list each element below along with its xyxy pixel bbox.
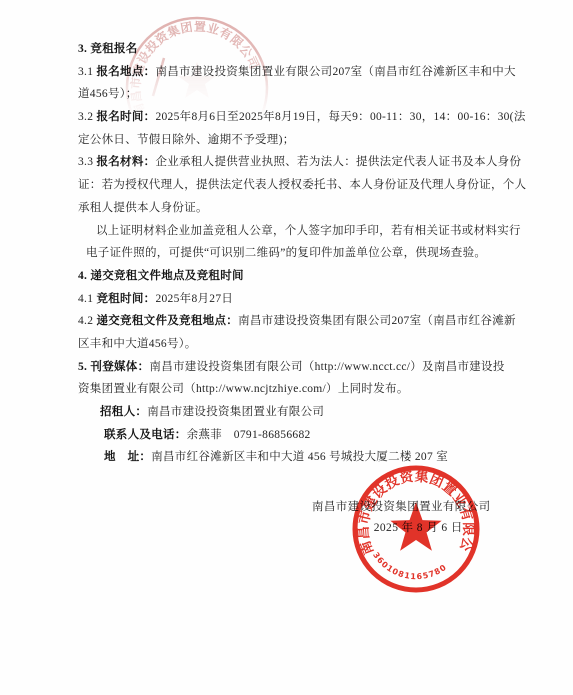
doc-text-part: 证：若为授权代理人，提供法定代表人授权委托书、本人身份证及代理人身份证，个人 — [78, 179, 526, 191]
doc-line: 3.3 报名材料：企业承租人提供营业执照、若为法人：提供法定代表人证书及本人身份 — [78, 151, 518, 174]
doc-text-part: 南昌市建设投资集团有限公司207室（南昌市红谷滩新 — [238, 315, 516, 327]
seal-number-text: 3601081165780 — [371, 551, 448, 582]
doc-line: 3.1 报名地点：南昌市建设投资集团置业有限公司207室（南昌市红谷滩新区丰和中… — [78, 61, 518, 84]
doc-text-part: 资集团置业有限公司（http://www.ncjtzhiye.com/）上同时发… — [78, 383, 409, 395]
doc-text-part: 联系人及电话： — [104, 429, 187, 441]
doc-text-part: 竞租时间： — [96, 293, 155, 305]
document-page: 南昌市建设投资集团置业有限公司 3. 竞租报名3.1 报名地点：南昌市建设投资集… — [0, 0, 573, 695]
doc-text-part: 招租人： — [100, 406, 147, 418]
doc-text-part: 3.1 — [78, 66, 96, 78]
doc-text-part: 南昌市建设投资集团置业有限公司207室（南昌市红谷滩新区丰和中大 — [155, 66, 515, 78]
company-seal: 南昌市建设投资集团置业有限公司 3601081165780 — [342, 455, 490, 603]
doc-line: 道456号）； — [78, 83, 518, 106]
doc-text-part: 5. 刊登媒体： — [78, 361, 149, 373]
doc-line: 招租人：南昌市建设投资集团置业有限公司 — [78, 401, 518, 424]
doc-text-part: 4.1 — [78, 293, 96, 305]
doc-line: 4.1 竞租时间：2025年8月27日 — [78, 288, 518, 311]
doc-text-part: 区丰和中大道456号）。 — [78, 338, 197, 350]
seal-star-icon — [390, 502, 441, 551]
doc-line: 联系人及电话：余燕菲 0791-86856682 — [78, 424, 518, 447]
doc-text-part: 报名地点： — [96, 66, 155, 78]
doc-text-part: 4. 递交竞租文件地点及竞租时间 — [78, 270, 244, 282]
doc-text-part: 电子证件照的，可提供“可识别二维码”的复印件加盖单位公章，供现场查验。 — [86, 247, 486, 259]
doc-text-part: 承租人提供本人身份证。 — [78, 202, 208, 214]
doc-text-part: 3. 竞租报名 — [78, 43, 138, 55]
doc-line: 承租人提供本人身份证。 — [78, 197, 518, 220]
doc-line: 3.2 报名时间：2025年8月6日至2025年8月19日，每天9：00-11：… — [78, 106, 518, 129]
doc-line: 定公休日、节假日除外、逾期不予受理)； — [78, 129, 518, 152]
doc-line: 区丰和中大道456号）。 — [78, 333, 518, 356]
doc-text-part: 南昌市建设投资集团有限公司（http://www.ncct.cc/）及南昌市建设… — [149, 361, 504, 373]
doc-text-part: 3.2 — [78, 111, 96, 123]
doc-line: 5. 刊登媒体：南昌市建设投资集团有限公司（http://www.ncct.cc… — [78, 356, 518, 379]
doc-line: 资集团置业有限公司（http://www.ncjtzhiye.com/）上同时发… — [78, 378, 518, 401]
document-body: 3. 竞租报名3.1 报名地点：南昌市建设投资集团置业有限公司207室（南昌市红… — [78, 38, 518, 469]
doc-line: 4. 递交竞租文件地点及竞租时间 — [78, 265, 518, 288]
doc-text-part: 定公休日、节假日除外、逾期不予受理)； — [78, 134, 295, 146]
doc-text-part: 企业承租人提供营业执照、若为法人：提供法定代表人证书及本人身份 — [155, 156, 521, 168]
doc-text-part: 4.2 — [78, 315, 96, 327]
doc-text-part: 余燕菲 0791-86856682 — [187, 429, 311, 441]
doc-text-part: 地 址： — [104, 451, 151, 463]
doc-text-part: 递交竞租文件及竞租地点： — [96, 315, 238, 327]
doc-text-part: 南昌市建设投资集团置业有限公司 — [147, 406, 324, 418]
doc-text-part: 报名材料： — [96, 156, 155, 168]
doc-text-part: 3.3 — [78, 156, 96, 168]
doc-text-part: 报名时间： — [96, 111, 155, 123]
doc-line: 3. 竞租报名 — [78, 38, 518, 61]
doc-line: 4.2 递交竞租文件及竞租地点：南昌市建设投资集团有限公司207室（南昌市红谷滩… — [78, 310, 518, 333]
company-seal-graphic: 南昌市建设投资集团置业有限公司 3601081165780 — [342, 455, 490, 603]
doc-line: 证：若为授权代理人，提供法定代表人授权委托书、本人身份证及代理人身份证，个人 — [78, 174, 518, 197]
doc-text-part: 道456号）； — [78, 88, 138, 100]
doc-line: 电子证件照的，可提供“可识别二维码”的复印件加盖单位公章，供现场查验。 — [78, 242, 518, 265]
svg-text:3601081165780: 3601081165780 — [371, 551, 448, 582]
doc-text-part: 以上证明材料企业加盖竞租人公章，个人签字加印手印，若有相关证书或材料实行 — [96, 225, 521, 237]
doc-text-part: 2025年8月6日至2025年8月19日，每天9：00-11：30，14：00-… — [155, 111, 525, 123]
doc-text-part: 2025年8月27日 — [155, 293, 233, 305]
doc-line: 以上证明材料企业加盖竞租人公章，个人签字加印手印，若有相关证书或材料实行 — [78, 220, 518, 243]
